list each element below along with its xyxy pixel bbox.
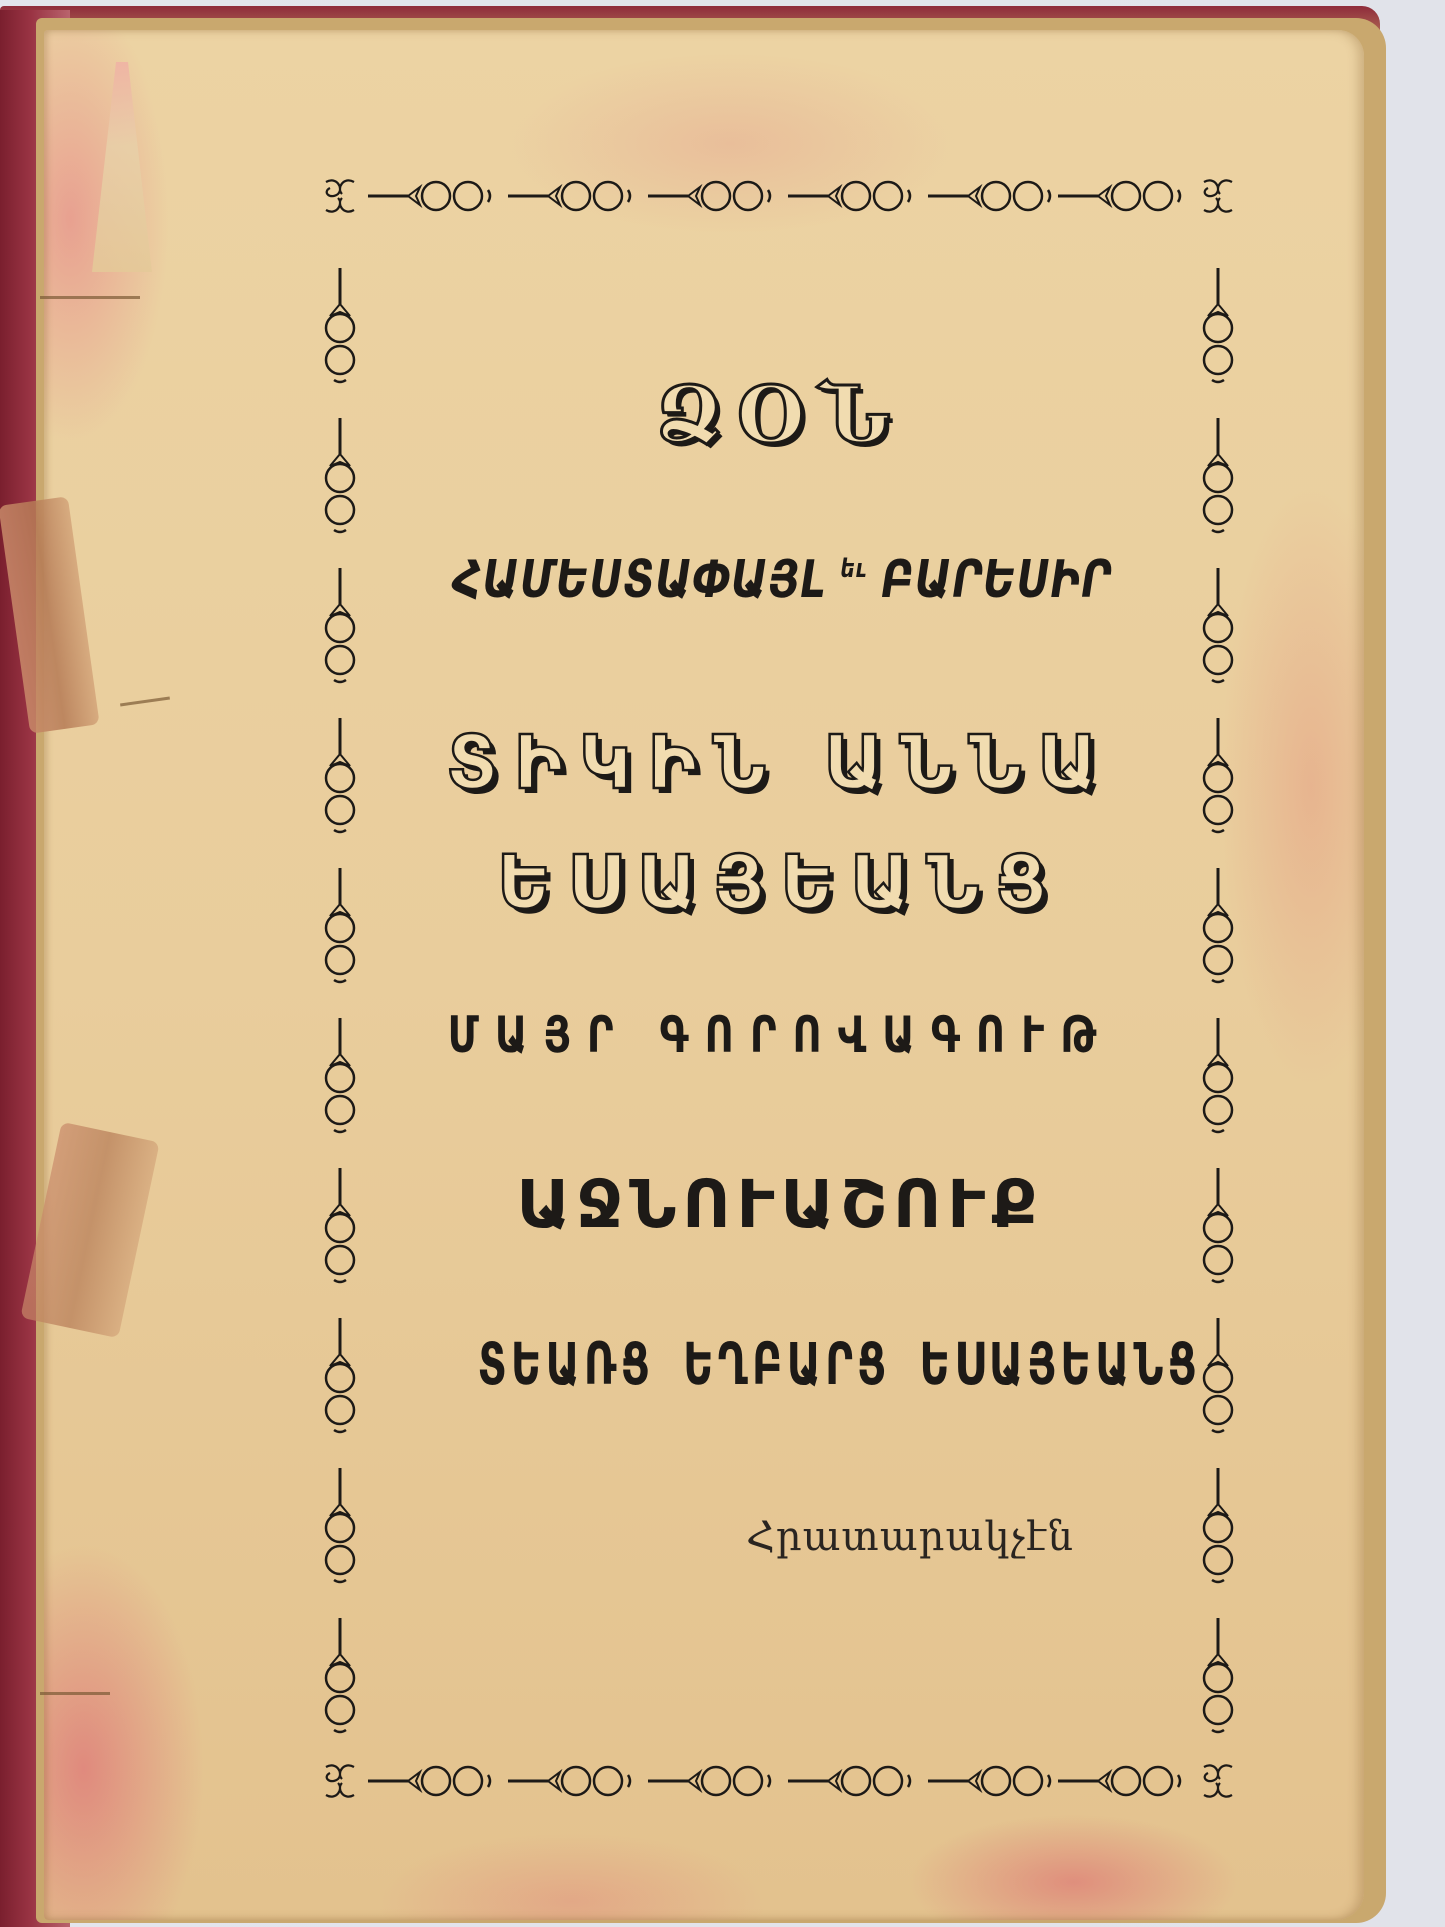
epithet-conjunction: եւ — [840, 554, 867, 584]
publisher-line: Հրատարակչէն — [610, 1514, 1210, 1560]
epithet-right: ԲԱՐԵՍԻՐ — [881, 550, 1112, 610]
ornamental-title: ՁՕՆ — [360, 370, 1200, 461]
honoree-role: ՄԱՅՐ ԳՈՐՈՎԱԳՈՒԹ — [444, 1006, 1116, 1064]
epithet-left: ՀԱՄԵՍՏԱՓԱՅԼ — [452, 550, 826, 610]
from-line: ՏԵԱՌՑԵՂԲԱՐՑԵՍԱՅԵԱՆՑ — [478, 1330, 1083, 1398]
from-word-2: ԵՂԲԱՐՑ — [683, 1330, 891, 1398]
honoree-name-line1: ՏԻԿԻՆ ԱՆՆԱ — [360, 720, 1200, 806]
sewing-stitch-3 — [40, 1692, 110, 1695]
from-word-1: ՏԵԱՌՑ — [478, 1330, 655, 1398]
sewing-stitch-1 — [40, 296, 140, 299]
honoree-name-line2: ԵՍԱՅԵԱՆՑ — [360, 840, 1200, 926]
from-word-3: ԵՍԱՅԵԱՆՑ — [919, 1330, 1201, 1398]
dedication-word: ԱՋՆՈՒԱՇՈՒՔ — [360, 1166, 1200, 1243]
epithet-line: ՀԱՄԵՍՏԱՓԱՅԼեւԲԱՐԵՍԻՐ — [452, 550, 1107, 610]
